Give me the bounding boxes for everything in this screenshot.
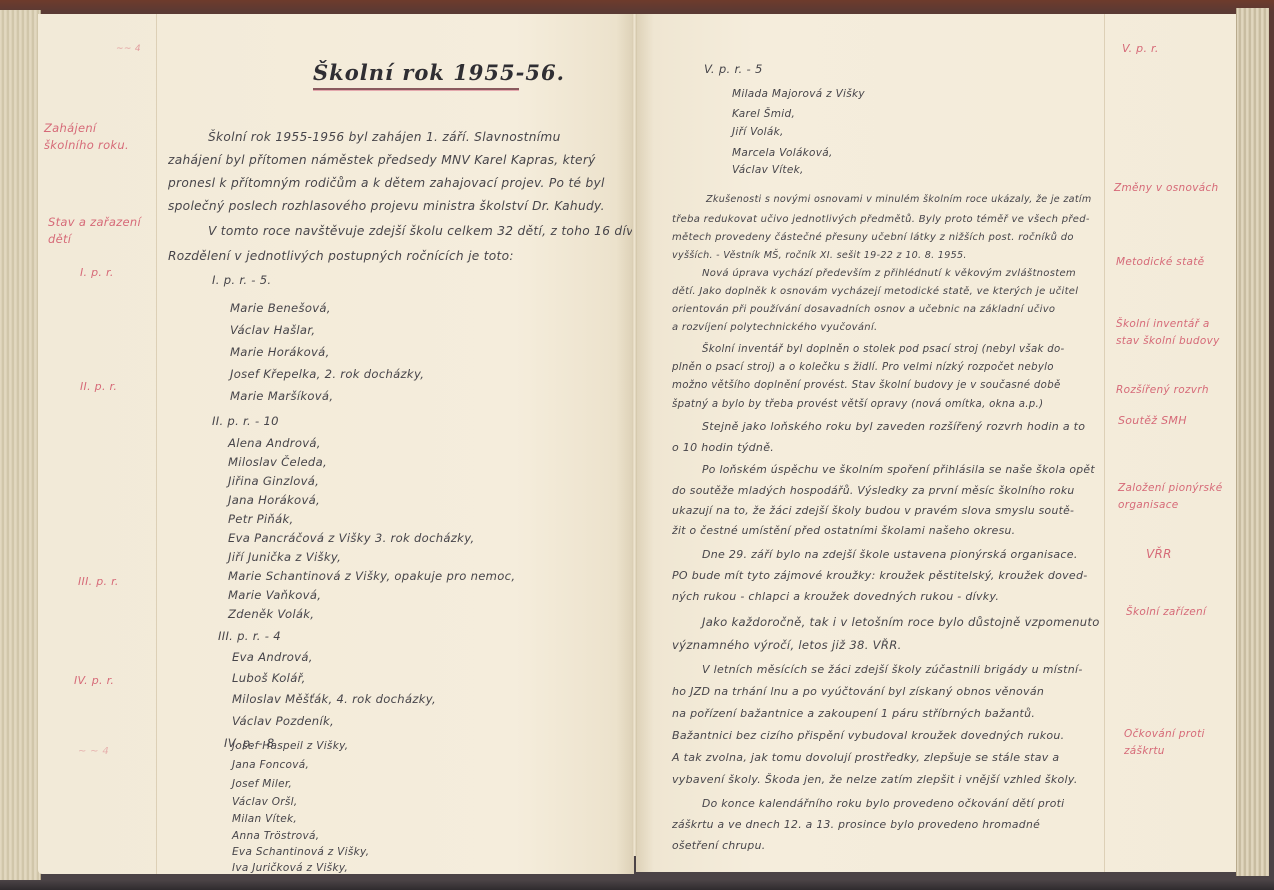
grade-heading: I. p. r. - 5. (212, 273, 271, 287)
pupil-name: Josef Haspeil z Višky, (232, 740, 348, 752)
margin-note-metodicke: Metodické statě (1116, 254, 1234, 271)
paragraph-line: možno většího doplnění provést. Stav ško… (672, 376, 1061, 395)
paragraph-line: plněn o psací stroj) a o kolečku s židlí… (672, 358, 1054, 377)
pupil-name: Luboš Kolář, (232, 671, 306, 685)
intro-line: Školní rok 1955-1956 byl zahájen 1. září… (208, 126, 561, 149)
pupil-name: Marie Schantinová z Višky, opakuje pro n… (228, 569, 515, 583)
margin-note-faint: ~ ~ 4 (78, 746, 109, 757)
pupil-name: Jiří Volák, (732, 126, 784, 138)
margin-note-rozvrh: Rozšířený rozvrh (1116, 382, 1234, 399)
paragraph-line: vyšších. - Věstník MŠ, ročník XI. sešit … (672, 246, 967, 265)
margin-note-vrr: VŘR (1146, 546, 1206, 563)
paragraph-line: významného výročí, letos již 38. VŘR. (672, 636, 902, 655)
grade-heading: II. p. r. - 10 (212, 414, 279, 428)
page-edges-left (0, 10, 41, 880)
margin-note-zahajeni: Zahájení školního roku. (44, 120, 144, 154)
margin-note-vpr: V. p. r. (1122, 42, 1159, 55)
paragraph-line: Školní inventář byl doplněn o stolek pod… (702, 340, 1065, 359)
right-page: V. p. r. - 5 Milada Majorová z Višky Kar… (636, 14, 1236, 872)
pupil-name: Petr Piňák, (228, 512, 294, 526)
paragraph-line: dětí. Jako doplněk k osnovám vycházejí m… (672, 282, 1078, 301)
pupil-name: Marie Horáková, (230, 345, 330, 359)
paragraph-line: Do konce kalendářního roku bylo proveden… (702, 794, 1064, 813)
paragraph-line: a rozvíjení polytechnického vyučování. (672, 318, 878, 337)
margin-rule (1104, 14, 1105, 872)
corner-mark: ~~ 4 (116, 44, 141, 54)
paragraph-line: Zkušenosti s novými osnovami v minulém š… (706, 190, 1092, 209)
pupil-name: Jiří Junička z Višky, (228, 550, 341, 564)
pupil-name: Milan Vítek, (232, 813, 297, 825)
paragraph-line: PO bude mít tyto zájmové kroužky: krouže… (672, 566, 1088, 585)
margin-note-grade4: IV. p. r. (74, 674, 114, 687)
pupil-name: Eva Schantinová z Višky, (232, 846, 369, 858)
margin-note-grade3: III. p. r. (78, 575, 119, 588)
margin-note-ockovani: Očkování proti záškrtu (1124, 726, 1214, 760)
margin-note-zarizeni: Školní zařízení (1126, 604, 1236, 621)
margin-note-soutez: Soutěž SMH (1118, 412, 1236, 429)
page-edges-right (1236, 8, 1269, 876)
pupil-name: Miloslav Čeleda, (228, 455, 327, 469)
pupil-name: Alena Andrová, (228, 436, 321, 450)
margin-note-stav: Stav a zařazení dětí (48, 214, 148, 248)
paragraph-line: vybavení školy. Škoda jen, že nelze zatí… (672, 770, 1078, 789)
pupil-name: Václav Pozdeník, (232, 714, 334, 728)
paragraph-line: Jako každoročně, tak i v letošním roce b… (702, 613, 1100, 632)
margin-note-inventar: Školní inventář a stav školní budovy (1116, 316, 1234, 350)
margin-note-grade2: II. p. r. (80, 380, 117, 393)
pupil-name: Miloslav Měšťák, 4. rok docházky, (232, 692, 436, 706)
paragraph-line: na pořízení bažantnice a zakoupení 1 pár… (672, 704, 1035, 723)
paragraph-line: Dne 29. září bylo na zdejší škole ustave… (702, 545, 1078, 564)
title-underline (313, 88, 519, 90)
pupil-name: Milada Majorová z Višky (732, 88, 865, 100)
pupil-name: Jana Horáková, (228, 493, 320, 507)
margin-note-pionyr: Založení pionýrské organisace (1118, 480, 1230, 514)
pupil-name: Jiřina Ginzlová, (228, 474, 319, 488)
paragraph-line: mětech provedeny částečné přesuny učební… (672, 228, 1074, 247)
paragraph-line: ho JZD na trhání lnu a po vyúčtování byl… (672, 682, 1044, 701)
page-title: Školní rok 1955-56. (313, 60, 565, 85)
paragraph-line: Po loňském úspěchu ve školním spoření př… (702, 460, 1095, 479)
pupil-name: Josef Křepelka, 2. rok docházky, (230, 367, 424, 381)
count-line: Rozdělení v jednotlivých postupných ročn… (168, 245, 514, 268)
paragraph-line: o 10 hodin týdně. (672, 438, 774, 457)
paragraph-line: A tak zvolna, jak tomu dovolují prostřed… (672, 748, 1059, 767)
margin-rule (156, 14, 157, 874)
pupil-name: Zdeněk Volák, (228, 607, 314, 621)
book-gutter (632, 14, 637, 856)
paragraph-line: ukazují na to, že žáci zdejší školy budo… (672, 501, 1074, 520)
paragraph-line: Stejně jako loňského roku byl zaveden ro… (702, 417, 1085, 436)
paragraph-line: záškrtu a ve dnech 12. a 13. prosince by… (672, 815, 1040, 834)
left-page: ~~ 4 Školní rok 1955-56. Zahájení školní… (38, 14, 634, 874)
pupil-name: Václav Vítek, (732, 164, 804, 176)
pupil-name: Karel Šmid, (732, 108, 795, 120)
paragraph-line: Nová úprava vychází především z přihlédn… (702, 264, 1076, 283)
paragraph-line: V letních měsících se žáci zdejší školy … (702, 660, 1083, 679)
pupil-name: Marcela Voláková, (732, 147, 833, 159)
paragraph-line: Bažantnici bez cizího přispění vybudoval… (672, 726, 1064, 745)
intro-line: zahájení byl přítomen náměstek předsedy … (168, 149, 596, 172)
pupil-name: Marie Maršíková, (230, 389, 333, 403)
intro-line: pronesl k přítomným rodičům a k dětem za… (168, 172, 605, 195)
intro-line: společný poslech rozhlasového projevu mi… (168, 195, 605, 218)
paragraph-line: třeba redukovat učivo jednotlivých předm… (672, 210, 1090, 229)
count-line: V tomto roce navštěvuje zdejší školu cel… (208, 220, 649, 243)
margin-note-grade1: I. p. r. (80, 266, 114, 279)
paragraph-line: ných rukou - chlapci a kroužek dovedných… (672, 587, 999, 606)
pupil-name: Marie Vaňková, (228, 588, 321, 602)
pupil-name: Václav Oršl, (232, 796, 298, 808)
pupil-name: Eva Pancráčová z Višky 3. rok docházky, (228, 531, 474, 545)
paragraph-line: špatný a bylo by třeba provést větší opr… (672, 395, 1043, 414)
pupil-name: Anna Tröstrová, (232, 830, 319, 842)
grade-heading: V. p. r. - 5 (704, 62, 763, 76)
paragraph-line: orientován při používání dosavadních osn… (672, 300, 1055, 319)
paragraph-line: do soutěže mladých hospodářů. Výsledky z… (672, 481, 1075, 500)
paragraph-line: ošetření chrupu. (672, 836, 765, 855)
paragraph-line: žit o čestné umístění před ostatními ško… (672, 521, 1015, 540)
pupil-name: Josef Miler, (232, 778, 292, 790)
margin-note-zmeny: Změny v osnovách (1114, 180, 1232, 197)
pupil-name: Jana Foncová, (232, 759, 309, 771)
pupil-name: Eva Andrová, (232, 650, 313, 664)
pupil-name: Iva Juričková z Višky, (232, 862, 348, 874)
pupil-name: Václav Hašlar, (230, 323, 315, 337)
grade-heading: III. p. r. - 4 (218, 629, 281, 643)
pupil-name: Marie Benešová, (230, 301, 331, 315)
